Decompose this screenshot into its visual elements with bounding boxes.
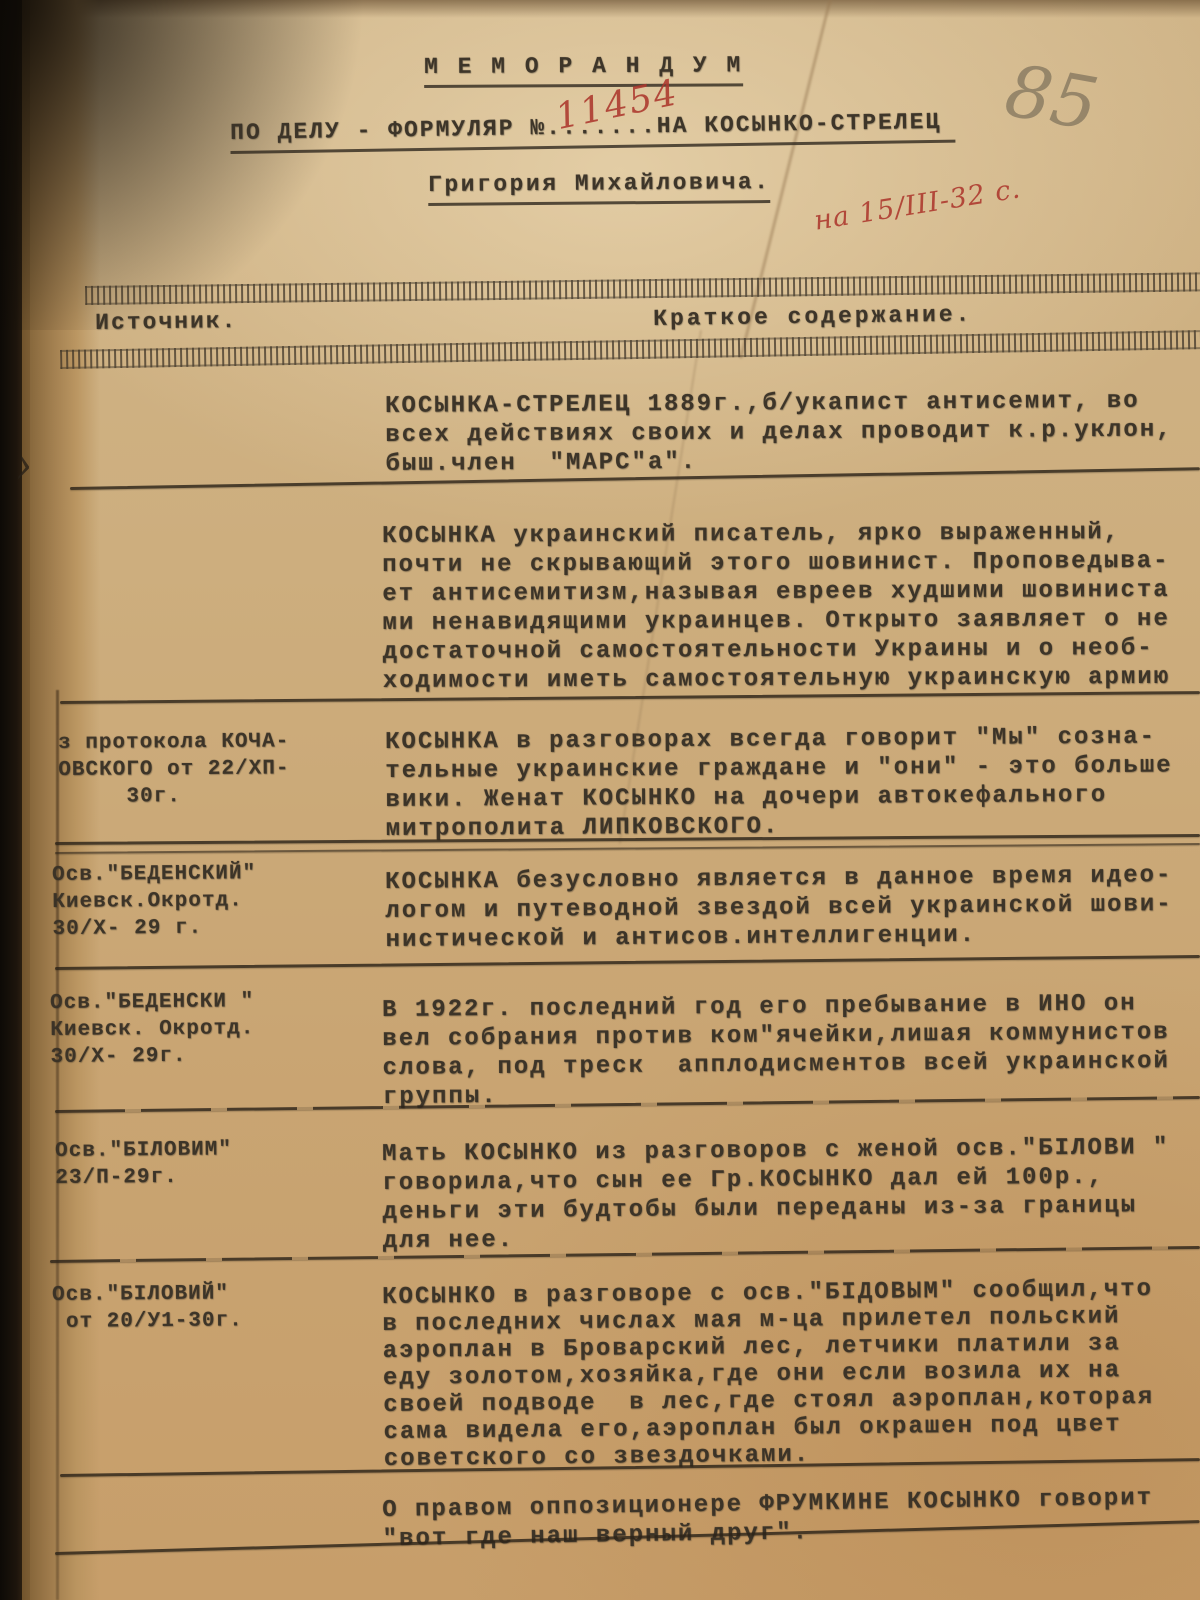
margin-chevron-mark: › bbox=[16, 436, 32, 496]
row-content: КОСЫНКА в разговорах всегда говорит "Мы"… bbox=[385, 722, 1200, 844]
row-source: Осв."БЕДЕНСКИЙ" Киевск.Окротд. 30/Х- 29 … bbox=[52, 859, 363, 943]
column-header-source: Источник. bbox=[95, 308, 238, 336]
row-content: В 1922г. последний год его пребывание в … bbox=[382, 989, 1198, 1112]
row-content: КОСЫНКА украинский писатель, ярко выраже… bbox=[382, 518, 1198, 696]
corner-shadow bbox=[0, 0, 420, 330]
column-header-summary: Краткое содержание. bbox=[653, 302, 973, 332]
case-line-subject: НА КОСЫНКО-СТРЕЛЕЦ bbox=[657, 109, 942, 139]
row-content: Мать КОСЫНКО из разговоров с женой осв."… bbox=[382, 1133, 1198, 1256]
memo-title: М Е М О Р А Н Д У М bbox=[424, 52, 743, 88]
row-source: Осв."БЕДЕНСКИ " Киевск. Окротд. 30/Х- 29… bbox=[50, 987, 361, 1071]
row-content: КОСЫНКА-СТРЕЛЕЦ 1889г.,б/укапист антисем… bbox=[385, 386, 1200, 479]
subject-name-line: Григория Михайловича. bbox=[428, 169, 771, 206]
row-content: КОСЫНКО в разговоре с осв."БІДОВЫМ" сооб… bbox=[382, 1275, 1199, 1473]
pencil-page-number: 85 bbox=[999, 48, 1104, 147]
case-line-prefix: ПО ДЕЛУ - ФОРМУЛЯР № bbox=[230, 115, 546, 146]
row-content: КОСЫНКА безусловно является в данное вре… bbox=[385, 861, 1200, 955]
row-source: Осв."БІЛОВИЙ" от 20/У1-30г. bbox=[52, 1279, 362, 1336]
row-source: Осв."БІЛОВИМ" 23/П-29г. bbox=[55, 1135, 365, 1192]
row-source: з протокола КОЧА- ОВСКОГО от 22/ХП- 30г. bbox=[58, 728, 369, 811]
